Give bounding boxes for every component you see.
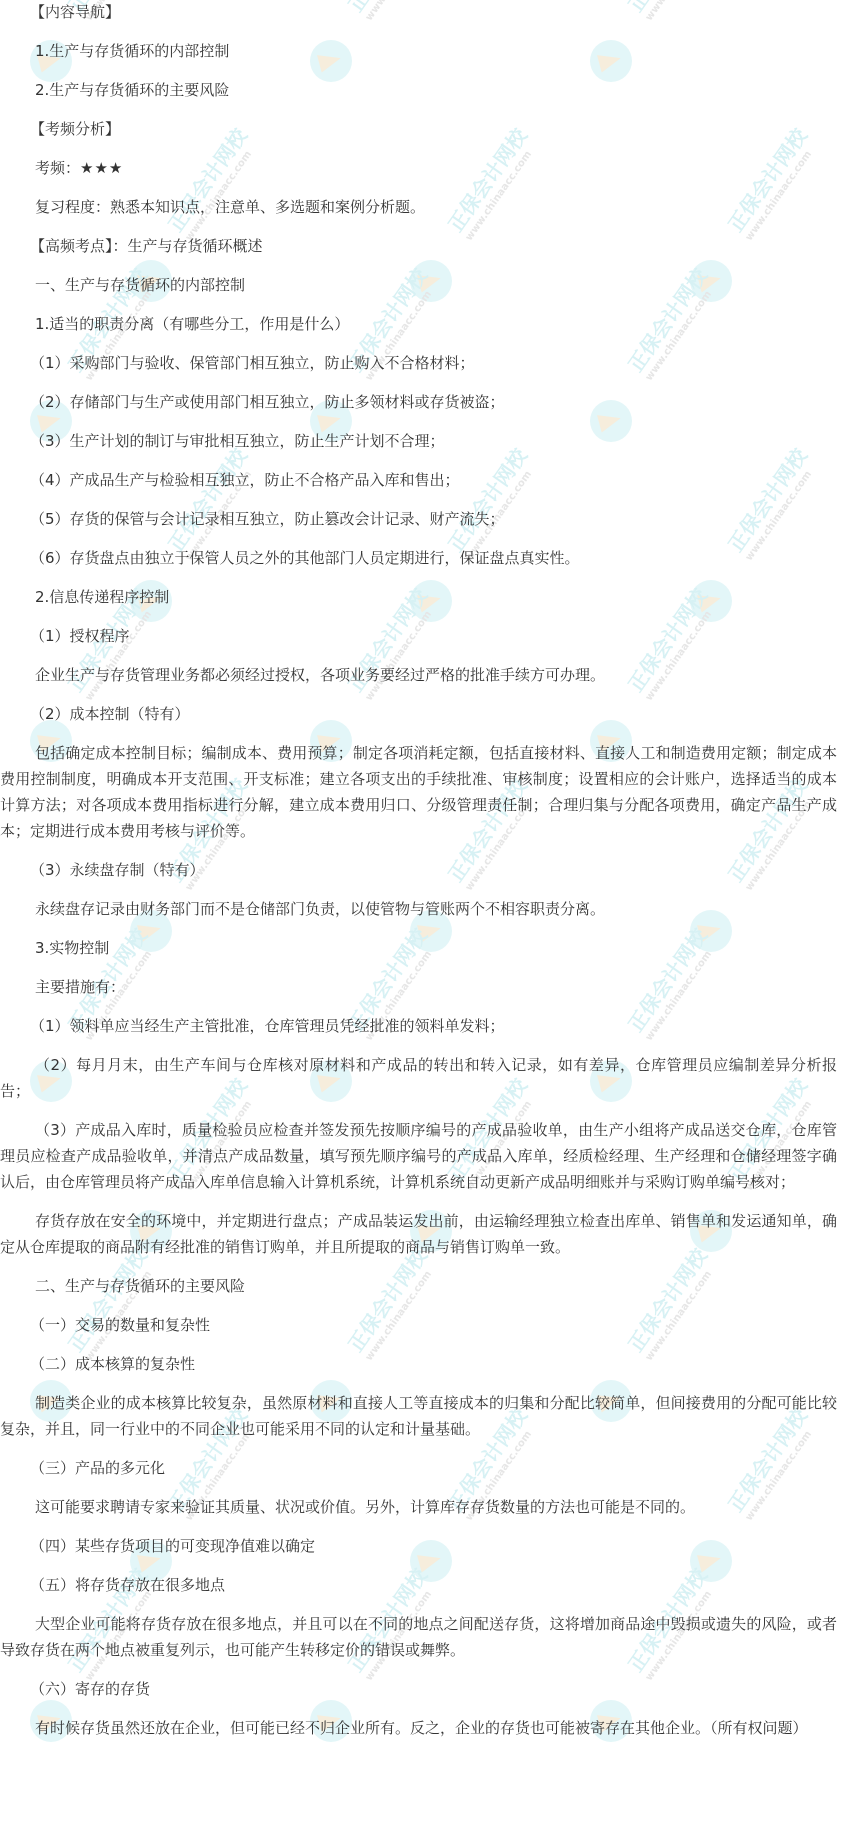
list-item: （2）每月月末，由生产车间与仓库核对原材料和产成品的转出和转入记录，如有差异，仓…	[0, 1052, 845, 1104]
section-title: 一、生产与存货循环的内部控制	[0, 272, 845, 298]
risk-title: （四）某些存货项目的可变现净值难以确定	[0, 1533, 845, 1559]
frequency-label: 考频：	[35, 159, 80, 177]
risk-title: （三）产品的多元化	[0, 1455, 845, 1481]
subsection-title: 2.信息传递程序控制	[0, 584, 845, 610]
subsection-title: 1.适当的职责分离（有哪些分工，作用是什么）	[0, 311, 845, 337]
paragraph: 主要措施有：	[0, 974, 845, 1000]
risk-text: 有时候存货虽然还放在企业，但可能已经不归企业所有。反之，企业的存货也可能被寄存在…	[0, 1715, 845, 1741]
list-item: （6）存货盘点由独立于保管人员之外的其他部门人员定期进行，保证盘点真实性。	[0, 545, 845, 571]
paragraph: 企业生产与存货管理业务都必须经过授权，各项业务要经过严格的批准手续方可办理。	[0, 662, 845, 688]
list-item: （5）存货的保管与会计记录相互独立，防止篡改会计记录、财产流失；	[0, 506, 845, 532]
list-item: （1）领料单应当经生产主管批准，仓库管理员凭经批准的领料单发料；	[0, 1013, 845, 1039]
paragraph: 包括确定成本控制目标；编制成本、费用预算；制定各项消耗定额，包括直接材料、直接人…	[0, 740, 845, 844]
risk-title: （五）将存货存放在很多地点	[0, 1572, 845, 1598]
list-item: （4）产成品生产与检验相互独立，防止不合格产品入库和售出；	[0, 467, 845, 493]
item-title: （2）成本控制（特有）	[0, 701, 845, 727]
risk-title: （二）成本核算的复杂性	[0, 1351, 845, 1377]
risk-title: （一）交易的数量和复杂性	[0, 1312, 845, 1338]
risk-text: 大型企业可能将存货存放在很多地点，并且可以在不同的地点之间配送存货，这将增加商品…	[0, 1611, 845, 1663]
hot-point-title: ：生产与存货循环概述	[113, 237, 263, 255]
section-title: 二、生产与存货循环的主要风险	[0, 1273, 845, 1299]
list-item: （3）生产计划的制订与审批相互独立，防止生产计划不合理；	[0, 428, 845, 454]
risk-text: 这可能要求聘请专家来验证其质量、状况或价值。另外，计算库存存货数量的方法也可能是…	[0, 1494, 845, 1520]
article-content: 【内容导航】 1.生产与存货循环的内部控制 2.生产与存货循环的主要风险 【考频…	[0, 0, 845, 1741]
paragraph: 永续盘存记录由财务部门而不是仓储部门负责，以使管物与管账两个不相容职责分离。	[0, 896, 845, 922]
paragraph: 存货存放在安全的环境中，并定期进行盘点；产成品装运发出前，由运输经理独立检查出库…	[0, 1208, 845, 1260]
item-title: （3）永续盘存制（特有）	[0, 857, 845, 883]
risk-title: （六）寄存的存货	[0, 1676, 845, 1702]
frequency-rating: 考频：★★★	[0, 155, 845, 181]
nav-item: 2.生产与存货循环的主要风险	[0, 77, 845, 103]
nav-item: 1.生产与存货循环的内部控制	[0, 38, 845, 64]
list-item: （3）产成品入库时，质量检验员应检查并签发预先按顺序编号的产成品验收单，由生产小…	[0, 1117, 845, 1195]
nav-header: 【内容导航】	[0, 0, 845, 25]
list-item: （1）采购部门与验收、保管部门相互独立，防止购入不合格材料；	[0, 350, 845, 376]
hot-point: 【高频考点】：生产与存货循环概述	[0, 233, 845, 259]
review-level: 复习程度：熟悉本知识点，注意单、多选题和案例分析题。	[0, 194, 845, 220]
hot-point-label: 【高频考点】	[30, 237, 113, 255]
item-title: （1）授权程序	[0, 623, 845, 649]
list-item: （2）存储部门与生产或使用部门相互独立，防止多领材料或存货被盗；	[0, 389, 845, 415]
risk-text: 制造类企业的成本核算比较复杂，虽然原材料和直接人工等直接成本的归集和分配比较简单…	[0, 1390, 845, 1442]
frequency-header: 【考频分析】	[0, 116, 845, 142]
subsection-title: 3.实物控制	[0, 935, 845, 961]
star-icon: ★★★	[80, 159, 123, 177]
